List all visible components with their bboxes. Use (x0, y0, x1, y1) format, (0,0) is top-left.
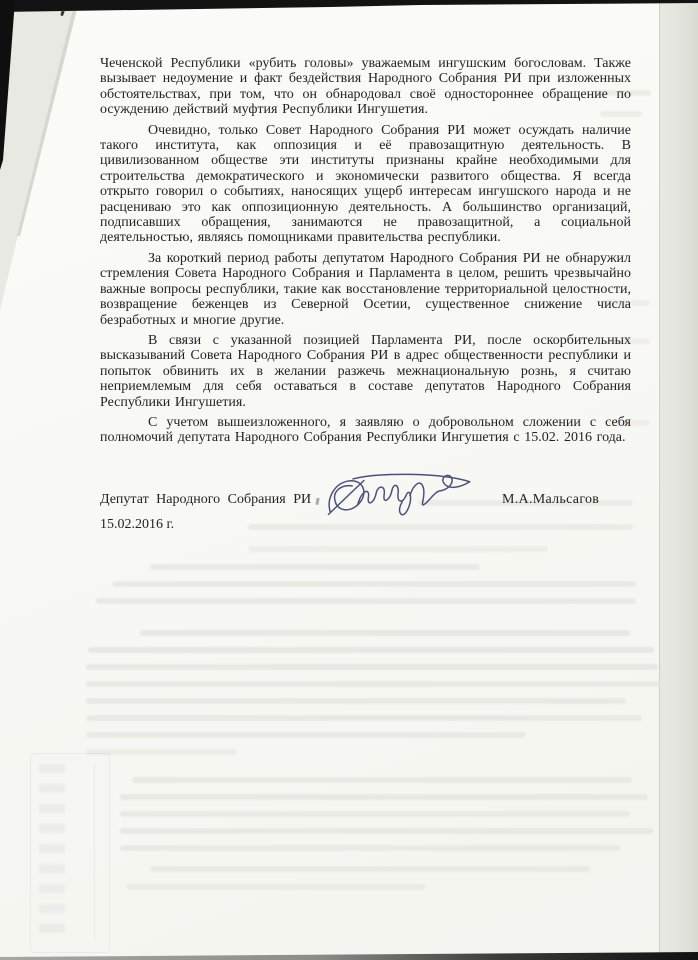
bleed-line (86, 732, 526, 738)
document-body-text: Чеченской Республики «рубить головы» ува… (100, 56, 631, 451)
handwritten-signature (317, 463, 487, 529)
paragraph: За короткий период работы депутатом Наро… (100, 251, 631, 328)
bleed-line (86, 715, 642, 721)
signature-title-label: Депутат Народного Собрания РИ (100, 492, 311, 508)
bleed-line (88, 647, 654, 653)
signatory-name: М.А.Мальсагов (502, 492, 599, 508)
bleed-line (248, 546, 548, 552)
bleed-line (150, 866, 590, 872)
bleed-line (120, 845, 620, 851)
scanner-edge-top (0, 0, 698, 13)
bleed-line (140, 630, 630, 636)
bleed-line (126, 884, 426, 890)
stamp-bleedthrough (30, 753, 110, 953)
stamp-bleedthrough-glyphs (39, 764, 65, 936)
paragraph: Чеченской Республики «рубить головы» ува… (100, 56, 631, 118)
bleed-line (120, 811, 630, 817)
bleed-line (96, 598, 636, 604)
scanned-letter-page: Чеченской Республики «рубить головы» ува… (0, 0, 698, 960)
paragraph: Очевидно, только Совет Народного Собрани… (100, 123, 631, 246)
bleed-line (86, 681, 662, 687)
bleed-line (112, 581, 636, 587)
paragraph: В связи с указанной позицией Парламента … (100, 333, 631, 410)
stamp-bleedthrough-line (94, 762, 95, 942)
bleed-line (150, 564, 480, 570)
bleed-line (248, 524, 633, 530)
paragraph: С учетом вышеизложенного, я заявляю о до… (100, 415, 631, 446)
bleed-line (120, 794, 648, 800)
bleed-line (86, 698, 626, 704)
bleed-line (86, 664, 658, 670)
bleed-line (132, 777, 632, 783)
signature-date: 15.02.2016 г. (100, 517, 174, 533)
bleed-line (120, 828, 654, 834)
page-right-edge (659, 0, 698, 960)
